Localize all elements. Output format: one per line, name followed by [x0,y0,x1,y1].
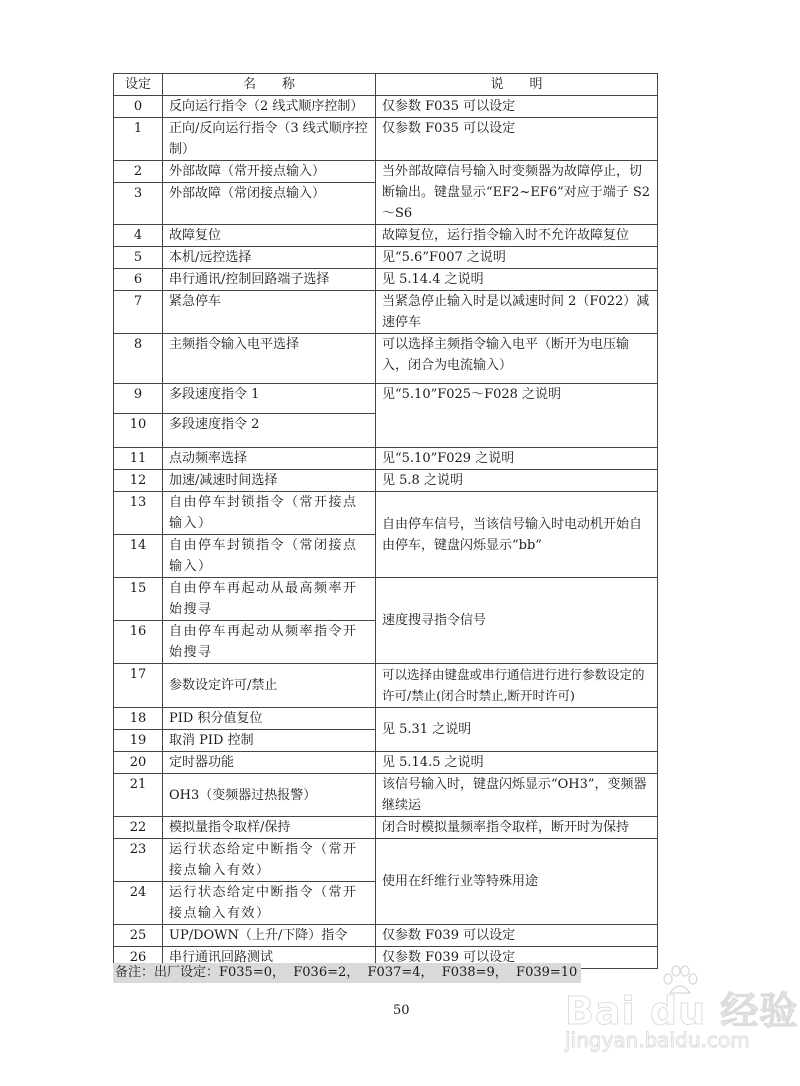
setting-name: 运行状态给定中断指令（常开接点输入有效） [163,839,376,882]
setting-name: 紧急停车 [163,291,376,334]
setting-name: 自由停车再起动从最高频率开始搜寻 [163,578,376,621]
table-row: 11 点动频率选择 见“5.10”F029 之说明 [114,448,658,470]
table-row: 1 正向/反向运行指令（3 线式顺序控制） 仅参数 F035 可以设定 [114,118,658,161]
parameter-table: 设定 名 称 说 明 0 反向运行指令（2 线式顺序控制） 仅参数 F035 可… [113,73,658,969]
setting-value: 25 [114,925,163,947]
header-name: 名 称 [163,74,376,96]
setting-description: 当外部故障信号输入时变频器为故障停止，切断输出。键盘显示“EF2~EF6”对应于… [376,161,658,225]
setting-value: 16 [114,621,163,664]
setting-description: 见 5.14.5 之说明 [376,752,658,774]
header-description: 说 明 [376,74,658,96]
setting-name: UP/DOWN（上升/下降）指令 [163,925,376,947]
table-row: 13 自由停车封锁指令（常开接点输入） 自由停车信号，当该信号输入时电动机开始自… [114,492,658,535]
table-row: 20 定时器功能 见 5.14.5 之说明 [114,752,658,774]
setting-description: 该信号输入时，键盘闪烁显示“OH3”，变频器继续运 [376,774,658,817]
setting-value: 21 [114,774,163,817]
setting-name: 加速/减速时间选择 [163,470,376,492]
setting-description: 当紧急停止输入时是以减速时间 2（F022）减速停车 [376,291,658,334]
setting-description: 见 5.8 之说明 [376,470,658,492]
table-row: 5 本机/远控选择 见“5.6”F007 之说明 [114,247,658,269]
setting-description: 自由停车信号，当该信号输入时电动机开始自由停车，键盘闪烁显示“bb” [376,492,658,578]
setting-name: 自由停车封锁指令（常闭接点输入） [163,535,376,578]
table-row: 8 主频指令输入电平选择 可以选择主频指令输入电平（断开为电压输入，闭合为电流输… [114,334,658,384]
setting-value: 0 [114,96,163,118]
setting-description: 见 5.31 之说明 [376,708,658,752]
table-row: 17 参数设定许可/禁止 可以选择由键盘或串行通信进行进行参数设定的许可/禁止(… [114,664,658,708]
setting-description: 仅参数 F035 可以设定 [376,96,658,118]
header-setting: 设定 [114,74,163,96]
baidu-jingyan-watermark: Bai du 经验 jingyan.baidu.com [565,965,800,1075]
table-row: 0 反向运行指令（2 线式顺序控制） 仅参数 F035 可以设定 [114,96,658,118]
setting-name: 点动频率选择 [163,448,376,470]
table-row: 15 自由停车再起动从最高频率开始搜寻 速度搜寻指令信号 [114,578,658,621]
watermark-url: jingyan.baidu.com [565,1028,750,1052]
setting-value: 5 [114,247,163,269]
table-row: 7 紧急停车 当紧急停止输入时是以减速时间 2（F022）减速停车 [114,291,658,334]
setting-value: 23 [114,839,163,882]
document-page: 设定 名 称 说 明 0 反向运行指令（2 线式顺序控制） 仅参数 F035 可… [0,0,800,1086]
setting-name: 模拟量指令取样/保持 [163,817,376,839]
setting-value: 12 [114,470,163,492]
setting-name: 串行通讯/控制回路端子选择 [163,269,376,291]
table-row: 21 OH3（变频器过热报警） 该信号输入时，键盘闪烁显示“OH3”，变频器继续… [114,774,658,817]
setting-name: 本机/远控选择 [163,247,376,269]
setting-value: 22 [114,817,163,839]
setting-description: 见“5.6”F007 之说明 [376,247,658,269]
setting-value: 1 [114,118,163,161]
setting-name: 参数设定许可/禁止 [163,664,376,708]
setting-description: 可以选择主频指令输入电平（断开为电压输入，闭合为电流输入） [376,334,658,384]
setting-name: 外部故障（常开接点输入） [163,161,376,183]
setting-value: 4 [114,225,163,247]
setting-name: 自由停车再起动从频率指令开始搜寻 [163,621,376,664]
factory-default-note: 备注：出厂设定：F035=0， F036=2， F037=4， F038=9， … [113,963,581,983]
setting-description: 仅参数 F039 可以设定 [376,925,658,947]
setting-name: 外部故障（常闭接点输入） [163,183,376,225]
table-row: 9 多段速度指令 1 见“5.10”F025～F028 之说明 [114,384,658,414]
setting-name: 取消 PID 控制 [163,730,376,752]
setting-value: 15 [114,578,163,621]
table-row: 23 运行状态给定中断指令（常开接点输入有效） 使用在纤维行业等特殊用途 [114,839,658,882]
setting-description: 闭合时模拟量频率指令取样，断开时为保持 [376,817,658,839]
setting-value: 2 [114,161,163,183]
setting-name: 反向运行指令（2 线式顺序控制） [163,96,376,118]
setting-name: PID 积分值复位 [163,708,376,730]
setting-value: 14 [114,535,163,578]
setting-value: 19 [114,730,163,752]
table-row: 12 加速/减速时间选择 见 5.8 之说明 [114,470,658,492]
table-row: 6 串行通讯/控制回路端子选择 见 5.14.4 之说明 [114,269,658,291]
setting-value: 9 [114,384,163,414]
setting-name: 主频指令输入电平选择 [163,334,376,384]
watermark-logo: Bai du 经验 [565,980,798,1035]
setting-value: 17 [114,664,163,708]
setting-name: 故障复位 [163,225,376,247]
setting-value: 18 [114,708,163,730]
setting-value: 7 [114,291,163,334]
setting-value: 13 [114,492,163,535]
setting-name: 自由停车封锁指令（常开接点输入） [163,492,376,535]
setting-value: 10 [114,414,163,448]
table-row: 25 UP/DOWN（上升/下降）指令 仅参数 F039 可以设定 [114,925,658,947]
setting-description: 可以选择由键盘或串行通信进行进行参数设定的许可/禁止(闭合时禁止,断开时许可) [376,664,658,708]
setting-value: 3 [114,183,163,225]
table-header-row: 设定 名 称 说 明 [114,74,658,96]
setting-value: 6 [114,269,163,291]
setting-description: 见“5.10”F025～F028 之说明 [376,384,658,448]
setting-value: 11 [114,448,163,470]
setting-description: 见“5.10”F029 之说明 [376,448,658,470]
setting-name: OH3（变频器过热报警） [163,774,376,817]
table-row: 22 模拟量指令取样/保持 闭合时模拟量频率指令取样，断开时为保持 [114,817,658,839]
setting-value: 8 [114,334,163,384]
setting-value: 24 [114,882,163,925]
setting-description: 故障复位，运行指令输入时不允许故障复位 [376,225,658,247]
setting-name: 定时器功能 [163,752,376,774]
setting-name: 多段速度指令 2 [163,414,376,448]
page-number: 50 [393,1003,410,1018]
setting-value: 20 [114,752,163,774]
table-row: 18 PID 积分值复位 见 5.31 之说明 [114,708,658,730]
setting-name: 运行状态给定中断指令（常开接点输入有效） [163,882,376,925]
table-row: 2 外部故障（常开接点输入） 当外部故障信号输入时变频器为故障停止，切断输出。键… [114,161,658,183]
setting-name: 正向/反向运行指令（3 线式顺序控制） [163,118,376,161]
setting-description: 仅参数 F035 可以设定 [376,118,658,161]
setting-description: 速度搜寻指令信号 [376,578,658,664]
setting-description: 使用在纤维行业等特殊用途 [376,839,658,925]
setting-name: 多段速度指令 1 [163,384,376,414]
setting-description: 见 5.14.4 之说明 [376,269,658,291]
table-row: 4 故障复位 故障复位，运行指令输入时不允许故障复位 [114,225,658,247]
